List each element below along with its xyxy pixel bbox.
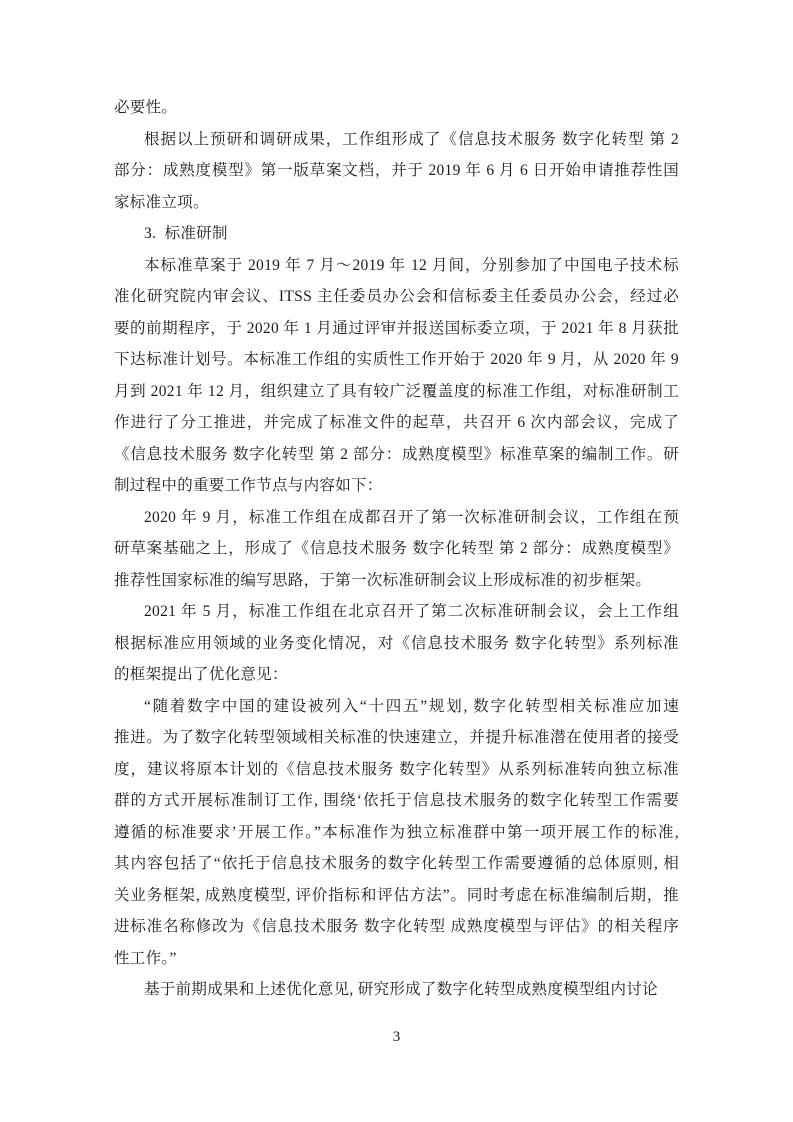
- text-line: 基于前期成果和上述优化意见, 研究形成了数字化转型成熟度模型组内讨论: [114, 974, 679, 1006]
- text-line: 度，建议将原本计划的《信息技术服务 数字化转型》从系列标准转向独立标准: [114, 754, 679, 786]
- text-line: 关业务框架, 成熟度模型, 评价指标和评估方法”。同时考虑在标准编制后期，推: [114, 880, 679, 912]
- text-line: 研草案基础之上，形成了《信息技术服务 数字化转型 第 2 部分：成熟度模型》: [114, 533, 679, 565]
- text-line: 本标准草案于 2019 年 7 月～2019 年 12 月间，分别参加了中国电子…: [114, 250, 679, 282]
- text-line: 家标准立项。: [114, 187, 679, 219]
- page-body: 必要性。根据以上预研和调研成果，工作组形成了《信息技术服务 数字化转型 第 2部…: [114, 92, 679, 1006]
- text-line: 性工作。”: [114, 943, 679, 975]
- text-line: 必要性。: [114, 92, 679, 124]
- text-line: 推进。为了数字化转型领域相关标准的快速建立，并提升标准潜在使用者的接受: [114, 722, 679, 754]
- text-line: 要的前期程序，于 2020 年 1 月通过评审并报送国标委立项，于 2021 年…: [114, 313, 679, 345]
- text-line: 的框架提出了优化意见：: [114, 659, 679, 691]
- text-line: 月到 2021 年 12 月，组织建立了具有较广泛覆盖度的标准工作组，对标准研制…: [114, 376, 679, 408]
- text-line: 根据以上预研和调研成果，工作组形成了《信息技术服务 数字化转型 第 2: [114, 124, 679, 156]
- text-line: 其内容包括了“依托于信息技术服务的数字化转型工作需要遵循的总体原则, 相: [114, 848, 679, 880]
- text-line: 推荐性国家标准的编写思路，于第一次标准研制会议上形成标准的初步框架。: [114, 565, 679, 597]
- text-line: 遵循的标准要求’开展工作。”本标准作为独立标准群中第一项开展工作的标准,: [114, 817, 679, 849]
- text-line: 制过程中的重要工作节点与内容如下：: [114, 470, 679, 502]
- text-line: 准化研究院内审会议、ITSS 主任委员办公会和信标委主任委员办公会，经过必: [114, 281, 679, 313]
- text-line: 《信息技术服务 数字化转型 第 2 部分：成熟度模型》标准草案的编制工作。研: [114, 439, 679, 471]
- text-line: 根据标准应用领域的业务变化情况，对《信息技术服务 数字化转型》系列标准: [114, 628, 679, 660]
- page-number: 3: [0, 1026, 793, 1048]
- text-line: 下达标准计划号。本标准工作组的实质性工作开始于 2020 年 9 月，从 202…: [114, 344, 679, 376]
- text-line: 作进行了分工推进，并完成了标准文件的起草，共召开 6 次内部会议，完成了: [114, 407, 679, 439]
- text-line: 群的方式开展标准制订工作, 围绕‘依托于信息技术服务的数字化转型工作需要: [114, 785, 679, 817]
- text-line: 2020 年 9 月，标准工作组在成都召开了第一次标准研制会议，工作组在预: [114, 502, 679, 534]
- section-heading-line: 3. 标准研制: [114, 218, 679, 250]
- text-line: 2021 年 5 月，标准工作组在北京召开了第二次标准研制会议，会上工作组: [114, 596, 679, 628]
- text-line: 进标准名称修改为《信息技术服务 数字化转型 成熟度模型与评估》的相关程序: [114, 911, 679, 943]
- document-page: 必要性。根据以上预研和调研成果，工作组形成了《信息技术服务 数字化转型 第 2部…: [0, 0, 793, 1122]
- text-line: 部分：成熟度模型》第一版草案文档，并于 2019 年 6 月 6 日开始申请推荐…: [114, 155, 679, 187]
- text-line: “随着数字中国的建设被列入“十四五”规划, 数字化转型相关标准应加速: [114, 691, 679, 723]
